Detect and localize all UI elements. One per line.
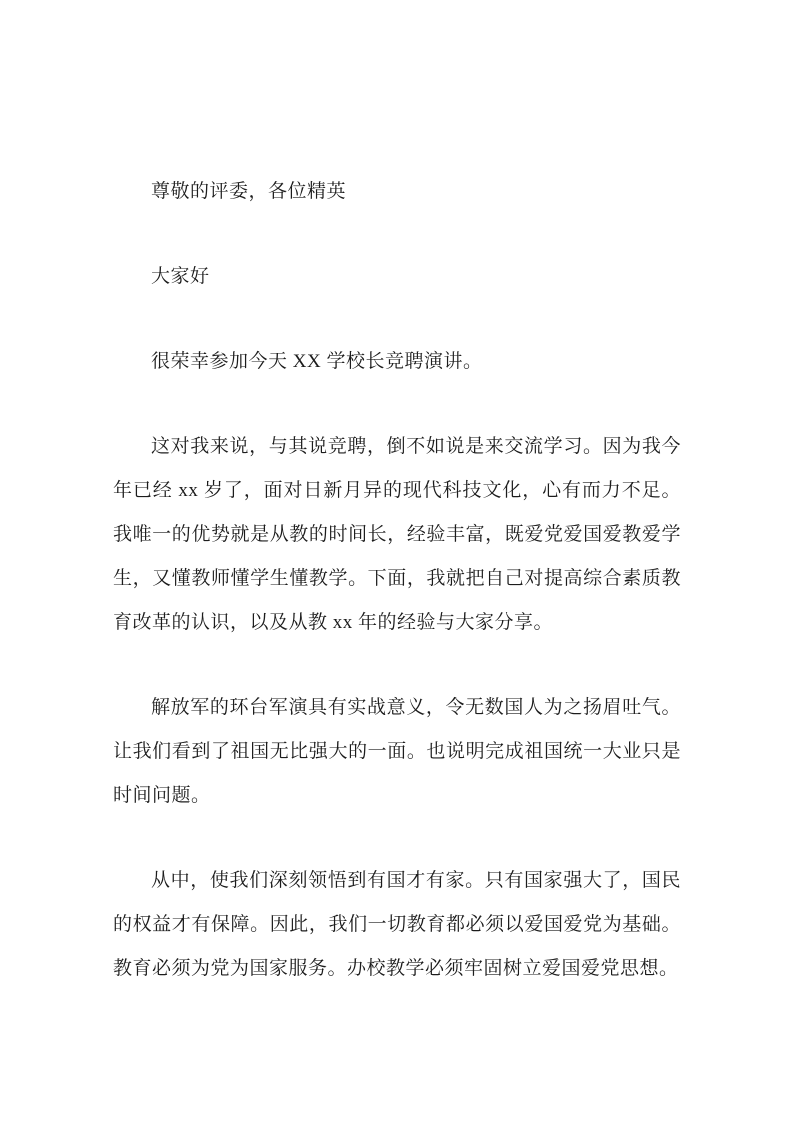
document-paragraph: 大家好 — [113, 255, 681, 299]
document-paragraph: 这对我来说，与其说竞聘，倒不如说是来交流学习。因为我今年已经 xx 岁了，面对日… — [113, 425, 681, 645]
document-paragraph: 很荣幸参加今天 XX 学校长竞聘演讲。 — [113, 340, 681, 384]
document-page: 尊敬的评委，各位精英大家好很荣幸参加今天 XX 学校长竞聘演讲。这对我来说，与其… — [0, 0, 793, 1122]
document-paragraph: 尊敬的评委，各位精英 — [113, 170, 681, 214]
document-body: 尊敬的评委，各位精英大家好很荣幸参加今天 XX 学校长竞聘演讲。这对我来说，与其… — [113, 170, 681, 991]
document-paragraph: 解放军的环台军演具有实战意义，令无数国人为之扬眉吐气。让我们看到了祖国无比强大的… — [113, 686, 681, 818]
document-paragraph: 从中，使我们深刻领悟到有国才有家。只有国家强大了，国民的权益才有保障。因此，我们… — [113, 859, 681, 991]
